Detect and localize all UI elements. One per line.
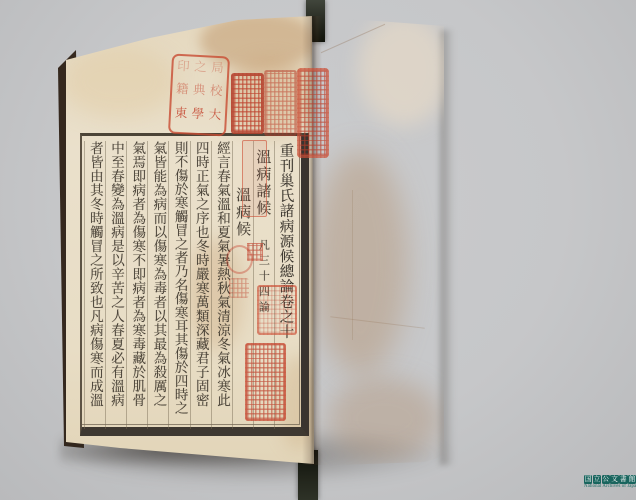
watermark-kanji-row: 国 立 公 文 書 館 — [584, 475, 636, 484]
body-column: 氣焉即病者為傷寒不即病者為寒毒藏於肌骨 — [126, 141, 147, 429]
red-seal-stamp — [264, 70, 297, 136]
crease-line — [352, 190, 353, 340]
scanned-book-photo: 重刊巢氏諸病源候總論卷之十 溫病諸候凡三十四論 溫病候 經言春氣溫和夏氣暑熱秋氣… — [0, 0, 636, 500]
body-column: 四時正氣之序也冬時嚴寒萬類深藏君子固密 — [190, 141, 211, 429]
body-column: 者皆由其冬時觸冒之所致也凡病傷寒而成溫 — [84, 141, 105, 429]
watermark-char: 国 — [584, 475, 592, 484]
red-seal-outline-overlay — [242, 140, 267, 217]
library-seal-column: 局之印 — [175, 59, 226, 85]
red-seal-stamp-gutter — [297, 68, 329, 158]
stain — [358, 14, 450, 126]
watermark-char: 書 — [619, 475, 627, 484]
red-seal-overlay-title — [257, 285, 297, 335]
body-column: 中至春變為溫病是以辛苦之人春夏必有溫病 — [105, 141, 126, 429]
library-seal-column: 大學東 — [172, 105, 223, 131]
library-seal-stamp: 大學東 校典籍 局之印 — [168, 54, 230, 137]
watermark-char: 館 — [628, 475, 636, 484]
watermark-char: 公 — [602, 475, 610, 484]
stain — [313, 150, 408, 375]
stain — [328, 378, 440, 460]
library-seal-column: 校典籍 — [173, 82, 224, 108]
red-seal-small — [229, 278, 249, 298]
body-column: 氣皆能為病而以傷寒為毒者以其最為殺厲之 — [147, 141, 168, 429]
red-seal-stamp — [231, 73, 264, 134]
red-seal-round — [226, 245, 253, 274]
watermark-subtitle: National Archives of Japan — [584, 484, 636, 489]
watermark-char: 立 — [593, 475, 601, 484]
body-column: 則不傷於寒觸冒之者乃名傷寒耳其傷於四時之 — [168, 141, 189, 429]
watermark-logo: 国 立 公 文 書 館 National Archives of Japan — [584, 475, 636, 489]
stain — [62, 46, 177, 118]
red-seal-tall — [245, 343, 286, 421]
watermark-char: 文 — [610, 475, 618, 484]
